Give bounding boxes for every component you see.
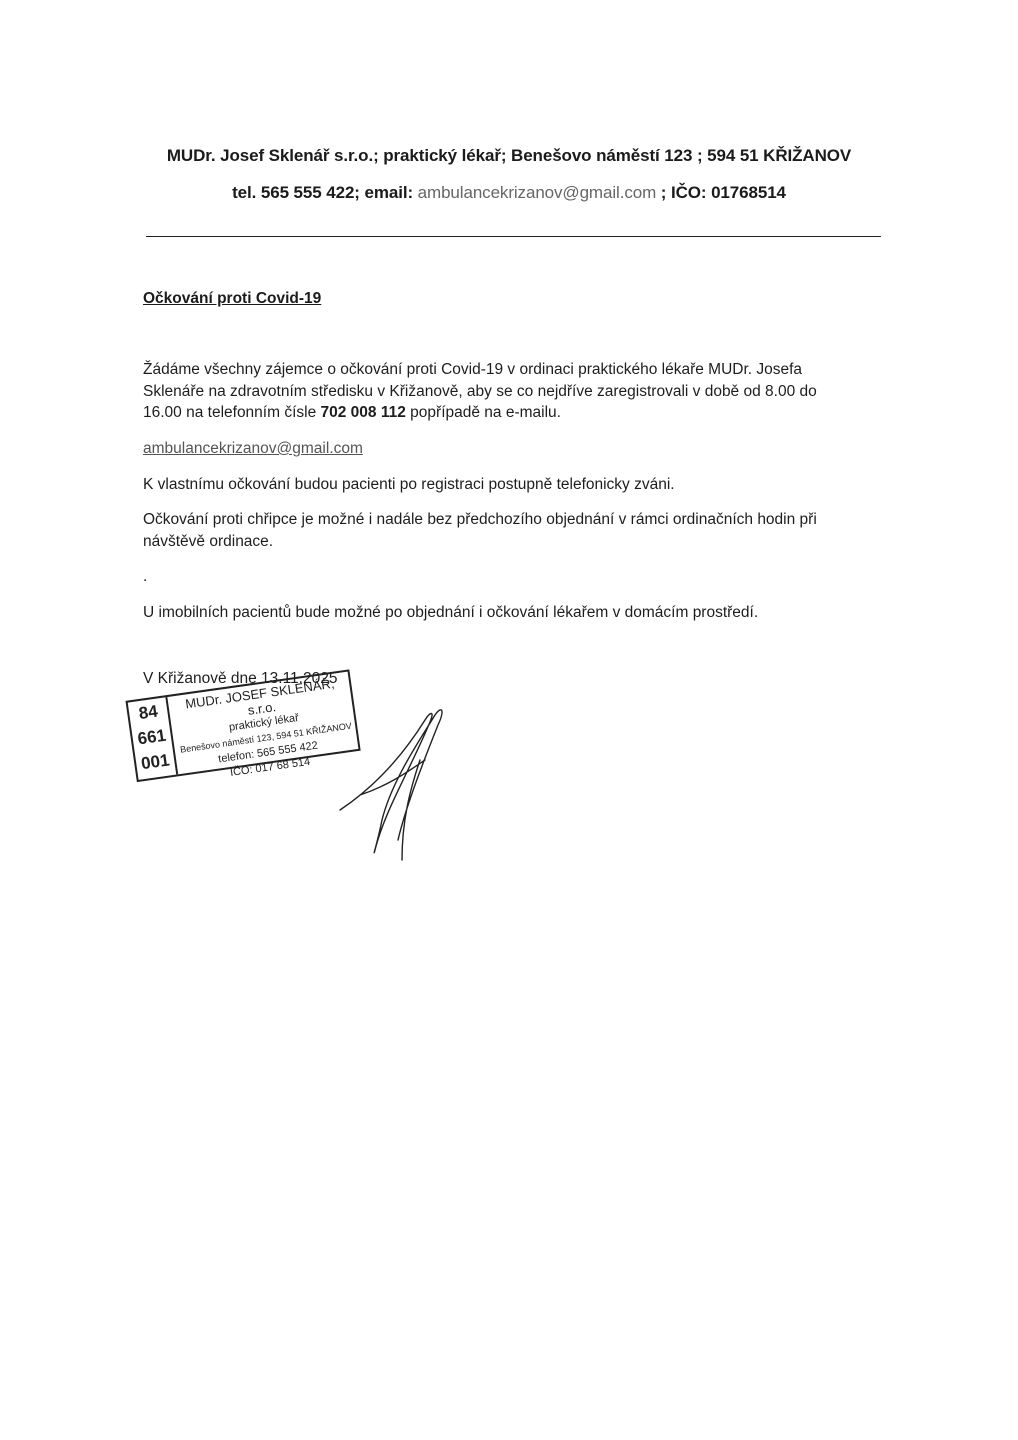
document-title: Očkování proti Covid-19 — [143, 290, 321, 308]
paragraph-flu-vaccination: Očkování proti chřipce je možné i nadále… — [143, 509, 817, 552]
email-link[interactable]: ambulancekrizanov@gmail.com — [143, 438, 363, 460]
stamp-number: 001 — [135, 747, 176, 777]
paragraph-line: Žádáme všechny zájemce o očkování proti … — [143, 359, 817, 381]
signature-icon — [330, 700, 460, 870]
document-page: MUDr. Josef Sklenář s.r.o.; praktický lé… — [0, 0, 1018, 1440]
letterhead-line-1: MUDr. Josef Sklenář s.r.o.; praktický lé… — [0, 146, 1018, 166]
header-divider — [146, 236, 881, 237]
paragraph-line: Očkování proti chřipce je možné i nadále… — [143, 509, 817, 531]
paragraph-home-visits: U imobilních pacientů bude možné po obje… — [143, 602, 758, 624]
stray-dot: . — [143, 566, 147, 588]
letterhead-line-2: tel. 565 555 422; email: ambulancekrizan… — [0, 183, 1018, 203]
letterhead-email[interactable]: ambulancekrizanov@gmail.com — [418, 183, 657, 202]
paragraph-registration: Žádáme všechny zájemce o očkování proti … — [143, 359, 817, 424]
text-fragment: popřípadě na e-mailu. — [406, 404, 561, 421]
letterhead-ico: ; IČO: 01768514 — [656, 183, 786, 202]
text-fragment: 16.00 na telefonním čísle — [143, 404, 321, 421]
letterhead-phone: tel. 565 555 422; email: — [232, 183, 418, 202]
paragraph-line: 16.00 na telefonním čísle 702 008 112 po… — [143, 402, 817, 424]
paragraph-line: návštěvě ordinace. — [143, 531, 817, 553]
paragraph-invitation: K vlastnímu očkování budou pacienti po r… — [143, 474, 675, 496]
registration-phone: 702 008 112 — [321, 404, 406, 421]
paragraph-line: Sklenáře na zdravotním středisku v Křiža… — [143, 381, 817, 403]
